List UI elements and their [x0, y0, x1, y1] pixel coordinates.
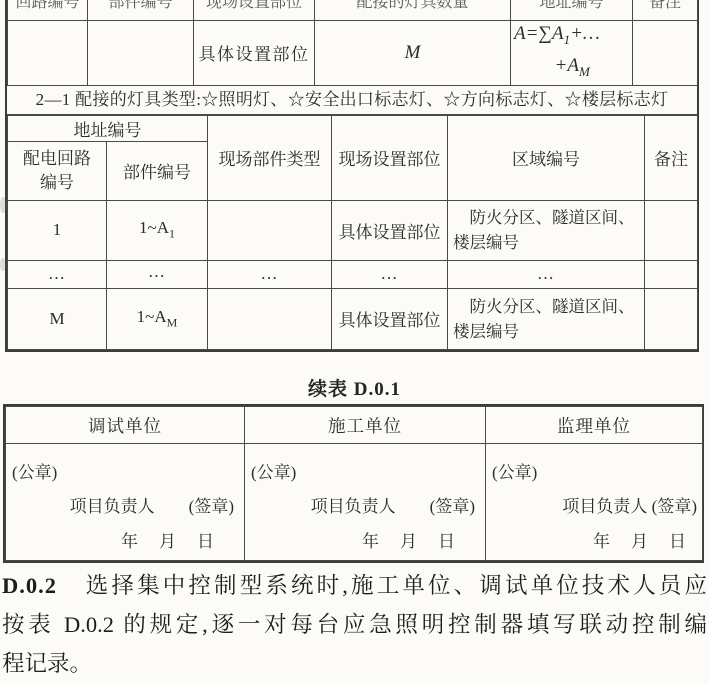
cell-zone-no: 防火分区、隧道区间、楼层编号	[448, 288, 645, 349]
clause-d02-paragraph: D.0.2 选择集中控制型系统时,施工单位、调试单位技术人员应 按表 D.0.2…	[2, 566, 707, 683]
signature-body-row: (公章) 项目负责人 (签章) 年 月 日 (公章) 项目负责人 (签章) 年 …	[6, 444, 703, 561]
project-leader-line: 项目负责人 (签章)	[486, 492, 702, 517]
cell-install-location: 具体设置部位	[332, 288, 448, 349]
cell-component-no: 1~A1	[107, 200, 208, 260]
table-lamp-config-upper: 回路编号 部件编号 现场设置部位 配接的灯具数量 地址编号 备注 具体设置部位 …	[7, 0, 698, 86]
project-leader-line: 项目负责人 (签章)	[6, 492, 244, 517]
cut-off-cell: 备注	[633, 0, 698, 21]
cell-component-type: …	[208, 260, 332, 288]
illegible-text-fragment: 备注	[633, 0, 697, 13]
cut-off-row: 回路编号 部件编号 现场设置部位 配接的灯具数量 地址编号 备注	[8, 0, 698, 21]
seal-placeholder: (公章)	[12, 458, 244, 483]
header-construction-unit: 施工单位	[245, 407, 486, 444]
location-header-cell: 具体设置部位	[194, 21, 315, 86]
illegible-text-fragment: 现场设置部位	[194, 0, 314, 13]
cell-component-type	[208, 288, 332, 349]
table-row-M: M 1~AM 具体设置部位 防火分区、隧道区间、楼层编号	[8, 288, 698, 349]
paragraph-line: 按表 D.0.2 的规定,逐一对每台应急照明控制器填写联动控制编	[2, 605, 707, 644]
paragraph-line: D.0.2 选择集中控制型系统时,施工单位、调试单位技术人员应	[2, 566, 707, 605]
header-circuit-no: 配电回路 编号	[8, 141, 107, 200]
table-address-numbering: 地址编号 现场部件类型 现场设置部位 区域编号 备注 配电回路 编号 部件编号 …	[7, 115, 698, 350]
header-commissioning-unit: 调试单位	[6, 407, 245, 444]
clause-number: D.0.2	[2, 573, 57, 598]
seal-placeholder: (公章)	[251, 458, 485, 483]
cell-install-location: …	[332, 260, 448, 288]
quantity-value: M	[405, 42, 421, 63]
cell-zone-no: 防火分区、隧道区间、楼层编号	[448, 200, 645, 260]
cut-off-cell: 现场设置部位	[194, 0, 315, 21]
date-line: 年 月 日	[486, 527, 702, 552]
cell-remark	[645, 288, 698, 349]
table-row-ellipsis: … … … … …	[8, 260, 698, 288]
cell-component-no: 1~AM	[107, 288, 208, 349]
paragraph-line: 程记录。	[2, 644, 707, 683]
cut-off-cell: 回路编号	[8, 0, 88, 21]
illegible-text-fragment: 部件编号	[88, 0, 193, 13]
illegible-text-fragment: 配接的灯具数量	[315, 0, 510, 13]
project-leader-line: 项目负责人 (签章)	[245, 492, 485, 517]
illegible-text-fragment: 地址编号	[511, 0, 632, 13]
cell-remark	[645, 260, 698, 288]
cell-zone-no: …	[448, 260, 645, 288]
lamp-types-note-row: 2—1 配接的灯具类型:☆照明灯、☆安全出口标志灯、☆方向标志灯、☆楼层标志灯	[7, 86, 697, 115]
cell-component-no: …	[107, 260, 208, 288]
formula-row: 具体设置部位 M A=∑A1+… +AM	[8, 21, 698, 86]
address-group-header-row: 地址编号 现场部件类型 现场设置部位 区域编号 备注	[8, 115, 698, 141]
signature-cell-supervision: (公章) 项目负责人 (签章) 年 月 日	[486, 444, 703, 561]
cell-install-location: 具体设置部位	[332, 200, 448, 260]
header-install-location: 现场设置部位	[332, 115, 448, 200]
empty-cell	[88, 21, 194, 86]
header-address-group: 地址编号	[8, 115, 208, 141]
date-line: 年 月 日	[245, 527, 485, 552]
formula-cell: A=∑A1+… +AM	[511, 21, 633, 86]
header-remarks: 备注	[645, 115, 698, 200]
cut-off-cell: 地址编号	[511, 0, 633, 21]
cell-circuit-no: …	[8, 260, 107, 288]
empty-remark-cell	[633, 21, 698, 86]
header-supervision-unit: 监理单位	[486, 407, 703, 444]
header-component-type: 现场部件类型	[208, 115, 332, 200]
seal-placeholder: (公章)	[492, 458, 702, 483]
scan-artifact	[0, 258, 6, 271]
sum-formula: A=∑A1+… +AM	[511, 21, 632, 85]
cell-circuit-no: M	[8, 288, 107, 349]
scan-artifact	[0, 197, 7, 213]
signature-cell-construction: (公章) 项目负责人 (签章) 年 月 日	[245, 444, 486, 561]
signature-header-row: 调试单位 施工单位 监理单位	[6, 407, 703, 444]
empty-cell	[8, 21, 88, 86]
table-signatures: 调试单位 施工单位 监理单位 (公章) 项目负责人 (签章) 年 月 日 (公章…	[3, 404, 704, 563]
header-component-no: 部件编号	[107, 141, 208, 200]
quantity-cell: M	[315, 21, 511, 86]
cell-circuit-no: 1	[8, 200, 107, 260]
cut-off-cell: 部件编号	[88, 0, 194, 21]
header-zone-no: 区域编号	[448, 115, 645, 200]
table-row-1: 1 1~A1 具体设置部位 防火分区、隧道区间、楼层编号	[8, 200, 698, 260]
illegible-text-fragment: 回路编号	[8, 0, 87, 13]
scanned-document-page: 回路编号 部件编号 现场设置部位 配接的灯具数量 地址编号 备注 具体设置部位 …	[0, 0, 709, 683]
cell-remark	[645, 200, 698, 260]
table-lamp-config: 回路编号 部件编号 现场设置部位 配接的灯具数量 地址编号 备注 具体设置部位 …	[5, 0, 699, 352]
cell-component-type	[208, 200, 332, 260]
cut-off-cell: 配接的灯具数量	[315, 0, 511, 21]
date-line: 年 月 日	[6, 527, 244, 552]
signature-cell-commissioning: (公章) 项目负责人 (签章) 年 月 日	[6, 444, 245, 561]
continuation-table-heading: 续表 D.0.1	[0, 374, 709, 401]
